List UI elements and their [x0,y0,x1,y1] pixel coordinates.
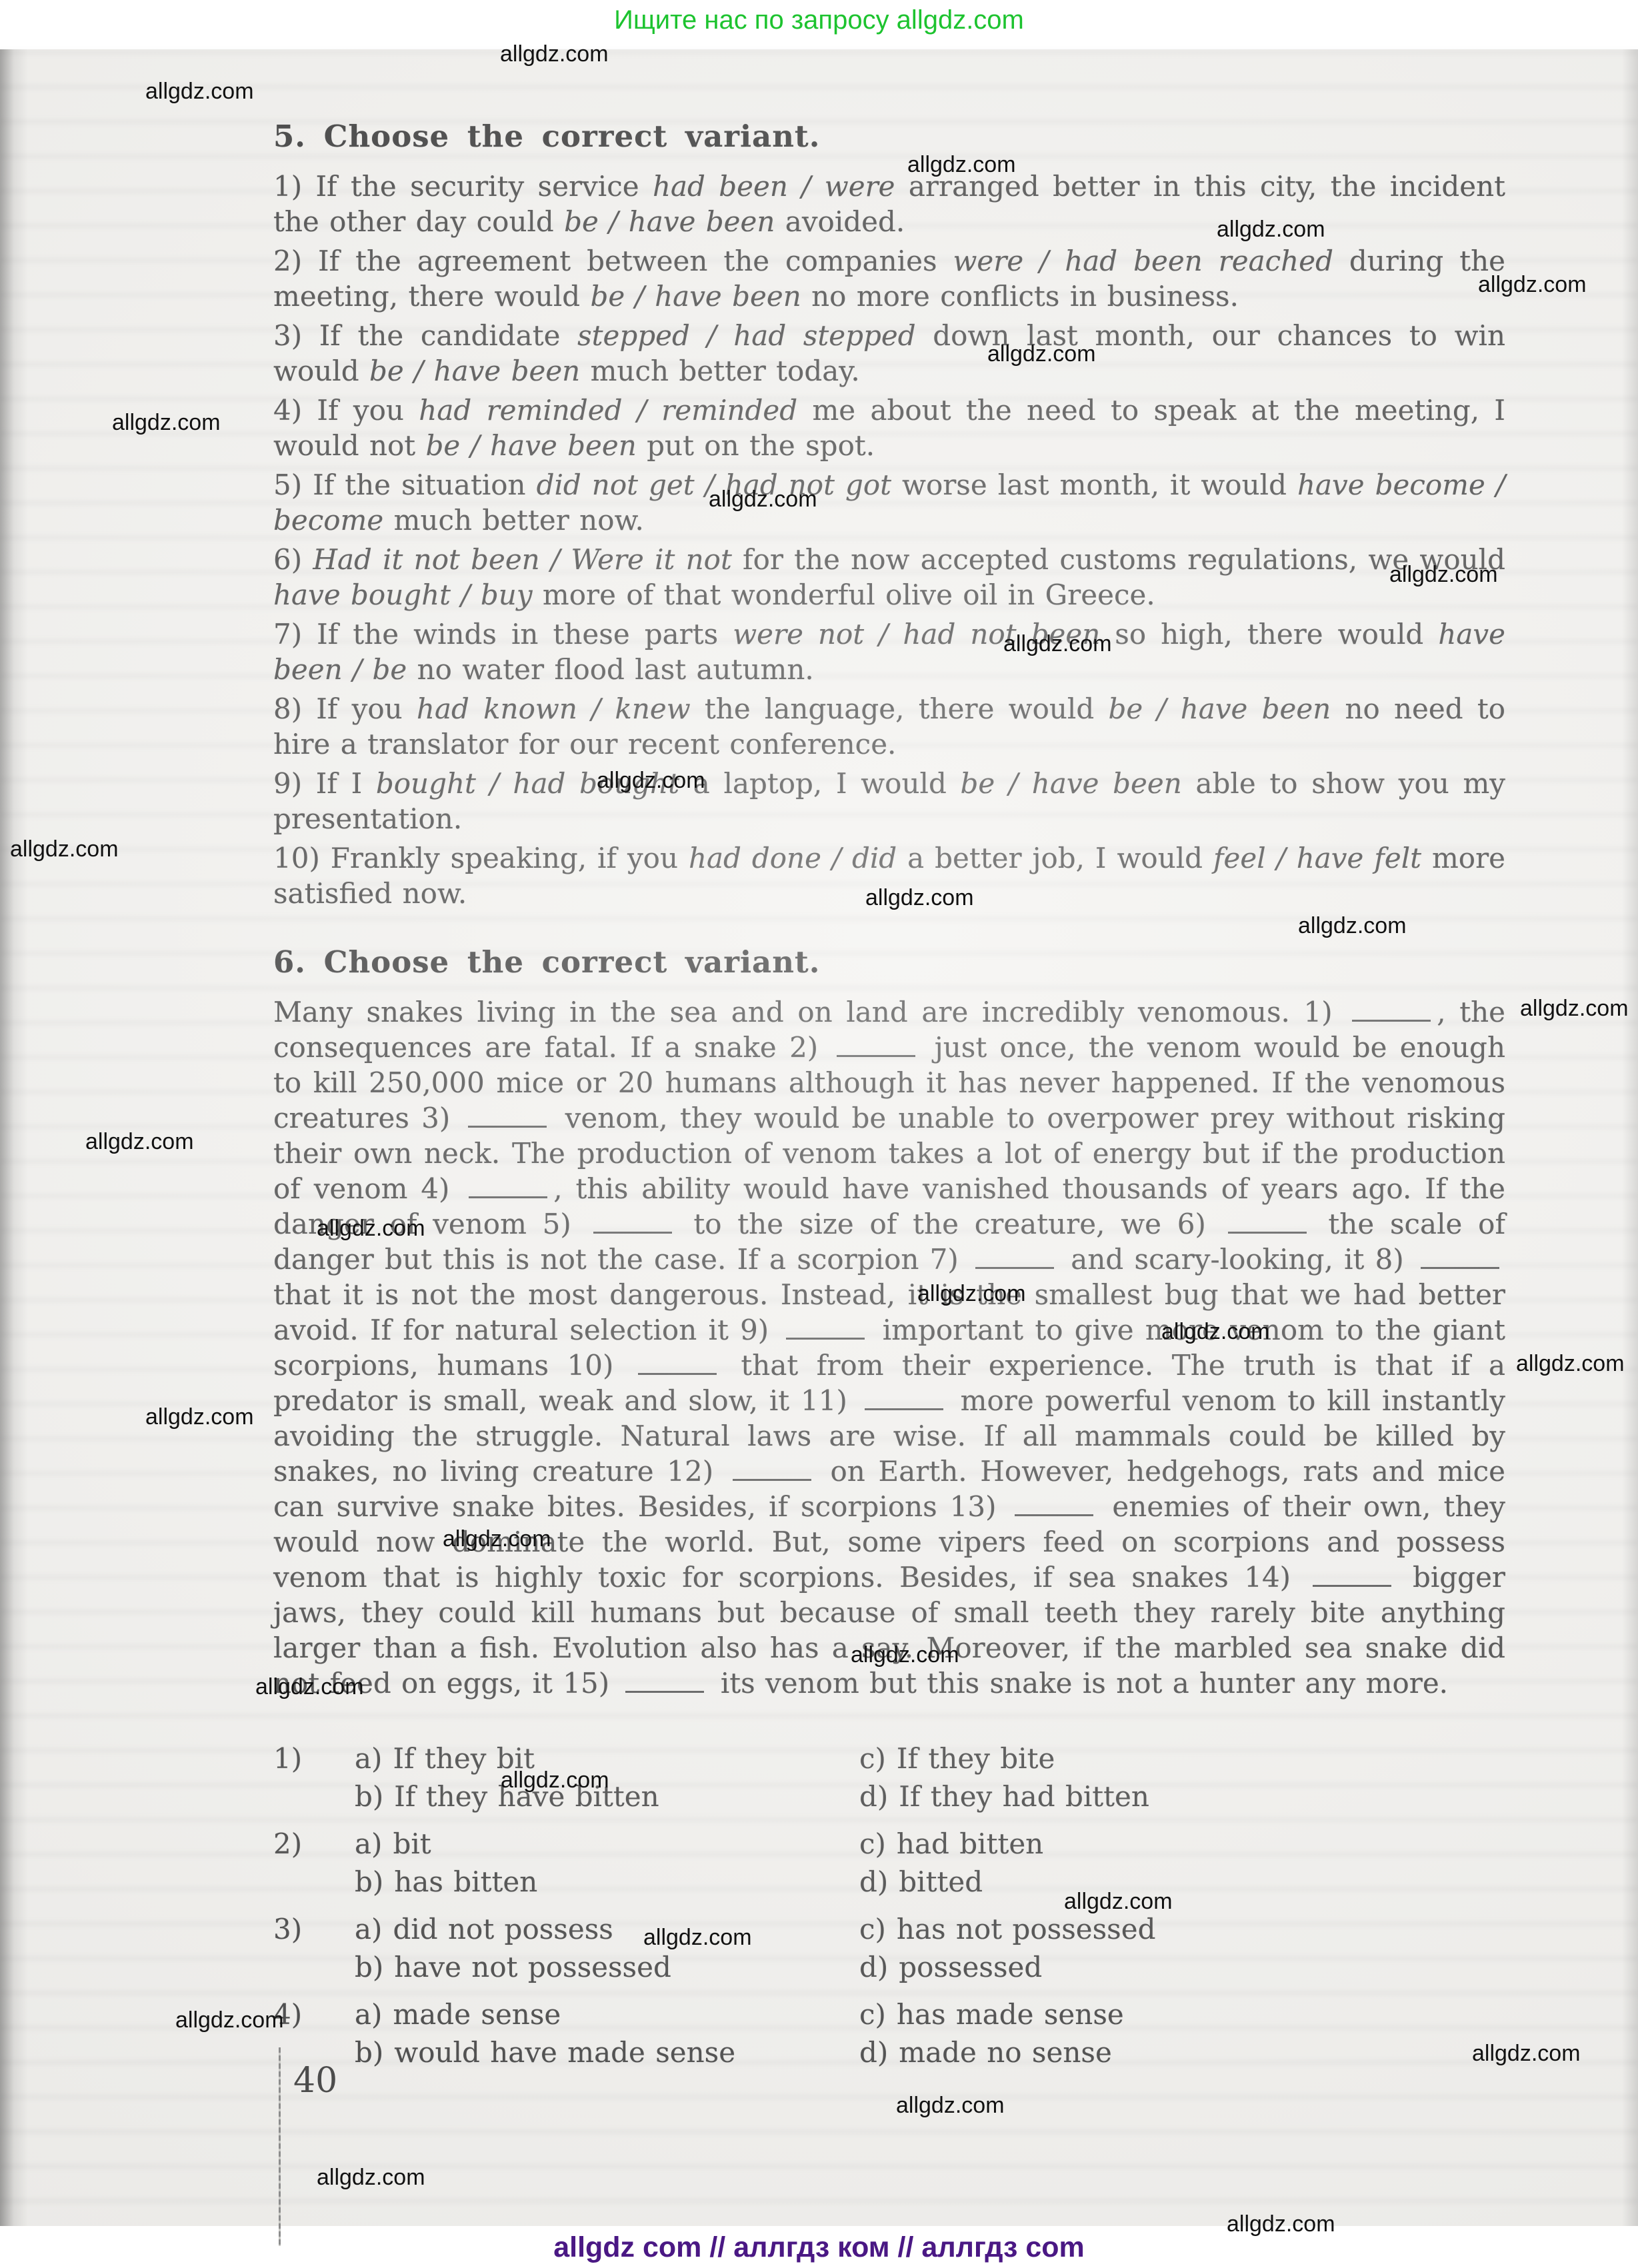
text-run: a better job, I would [897,842,1213,874]
option-text: made sense [393,1998,561,2031]
site-watermark: allgdz.com [1478,272,1587,298]
footer-watermark: allgdz com // аллгдз ком // аллгдз com [0,2231,1638,2264]
text-run: 4) If you [273,394,419,427]
option-number: 3) [273,1910,355,1986]
site-watermark: allgdz.com [317,1216,425,1242]
site-watermark: allgdz.com [709,487,817,513]
answer-blank [593,1225,672,1234]
text-run: its venom but this snake is not a hunter… [710,1667,1448,1700]
option-letter: a) [355,1739,382,1777]
text-run: 8) If you [273,692,417,725]
text-run: put on the spot. [637,429,875,462]
italic-choice: have bought / buy [273,578,533,611]
option-letter: d) [859,2033,888,2071]
exercise5-title: 5. Choose the correct variant. [273,119,1505,154]
site-watermark: allgdz.com [145,79,254,105]
option-choice: a)did not possess [355,1910,859,1948]
paper-scan: 5. Choose the correct variant. 1) If the… [0,49,1638,2226]
option-text: have not possessed [394,1951,671,1983]
option-letter: a) [355,1825,382,1863]
option-letter: b) [355,1777,383,1815]
site-watermark: allgdz.com [175,2007,284,2033]
text-run: 2) If the agreement between the companie… [273,245,953,277]
site-watermark: allgdz.com [1161,1319,1270,1345]
answer-blank [1228,1225,1307,1234]
exercise5-item: 4) If you had reminded / reminded me abo… [273,393,1505,463]
answer-blank [1352,1013,1431,1022]
exercise6-title: 6. Choose the correct variant. [273,944,1505,980]
text-run: much better now. [383,504,644,537]
option-letter: b) [355,1863,383,1901]
text-run: 6) [273,543,313,576]
italic-choice: had reminded / reminded [419,394,797,427]
option-text: did not possess [393,1913,613,1945]
option-choice: d)If they had bitten [859,1777,1505,1815]
italic-choice: had done / did [689,842,897,874]
option-text: If they had bitten [899,1780,1149,1813]
option-choice: d)possessed [859,1948,1505,1986]
site-watermark: allgdz.com [1298,913,1407,939]
option-column: a)made senseb)would have made sense [355,1995,859,2071]
text-run: avoided. [775,205,905,238]
option-text: bitted [899,1865,983,1898]
text-run: no more conflicts in business. [801,280,1239,313]
site-watermark: allgdz.com [1003,631,1112,657]
italic-choice: had known / knew [417,692,691,725]
answer-blank [638,1366,717,1375]
scan-left-shadow [0,49,28,2226]
option-choice: b)would have made sense [355,2033,859,2071]
site-watermark: allgdz.com [85,1129,194,1155]
text-run: 1) If the security service [273,170,653,203]
answer-blank [468,1119,547,1128]
site-watermark: allgdz.com [1516,1351,1625,1377]
text-run: 5) If the situation [273,469,537,501]
text-run: Many snakes living in the sea and on lan… [273,996,1346,1028]
option-column: a)did not possessb)have not possessed [355,1910,859,1986]
answer-blank [733,1472,811,1481]
site-watermark: allgdz.com [643,1925,752,1951]
italic-choice: be / have been [564,205,775,238]
option-choice: c)had bitten [859,1825,1505,1863]
option-column: c)has not possessedd)possessed [859,1910,1505,1986]
option-choice: c)If they bite [859,1739,1505,1777]
site-watermark: allgdz.com [10,836,119,862]
site-watermark: allgdz.com [1389,562,1498,588]
answer-blank [469,1190,547,1198]
site-watermark: allgdz.com [500,41,609,67]
option-choice: b)has bitten [355,1863,859,1901]
option-row: 3)a)did not possessb)have not possessedc… [273,1910,1505,1986]
option-number: 2) [273,1825,355,1901]
option-letter: c) [859,1910,886,1948]
italic-choice: be / have been [426,429,637,462]
option-choice: b)have not possessed [355,1948,859,1986]
option-letter: a) [355,1995,382,2033]
option-number: 1) [273,1739,355,1815]
answer-blank [975,1260,1054,1269]
text-run: more of that wonderful olive oil in Gree… [533,578,1155,611]
italic-choice: be / have been [591,280,801,313]
option-choice: a)made sense [355,1995,859,2033]
answer-blank [837,1048,915,1057]
option-row: 4)a)made senseb)would have made sensec)h… [273,1995,1505,2071]
option-column: a)bitb)has bitten [355,1825,859,1901]
promo-header: Ищите нас по запросу allgdz.com [0,5,1638,35]
italic-choice: Had it not been / Were it not [313,543,731,576]
site-watermark: allgdz.com [851,1642,959,1668]
page-content: 5. Choose the correct variant. 1) If the… [273,119,1505,2081]
text-run: 3) If the candidate [273,319,577,352]
option-text: has bitten [394,1865,537,1898]
option-letter: d) [859,1863,888,1901]
exercise5-item: 3) If the candidate stepped / had steppe… [273,318,1505,389]
text-run: and scary-looking, it 8) [1060,1243,1415,1276]
page-number: 40 [293,2061,337,2101]
text-run: no water flood last autumn. [407,653,814,686]
option-choice: c)has not possessed [859,1910,1505,1948]
option-letter: b) [355,1948,383,1986]
option-text: made no sense [899,2036,1112,2069]
answer-blank [786,1331,865,1340]
exercise5-item: 6) Had it not been / Were it not for the… [273,542,1505,612]
option-letter: c) [859,1825,886,1863]
option-row: 2)a)bitb)has bittenc)had bittend)bitted [273,1825,1505,1901]
site-watermark: allgdz.com [255,1674,364,1700]
exercise5-item: 7) If the winds in these parts were not … [273,616,1505,687]
option-text: has not possessed [897,1913,1156,1945]
site-watermark: allgdz.com [317,2165,425,2191]
italic-choice: stepped / had stepped [577,319,916,352]
answer-blank [1313,1578,1391,1587]
text-run: 9) If I [273,767,376,800]
option-letter: c) [859,1995,886,2033]
text-run: 7) If the winds in these parts [273,618,733,650]
option-choice: d)bitted [859,1863,1505,1901]
site-watermark: allgdz.com [907,152,1016,178]
answer-blank [625,1684,704,1693]
text-run: so high, there would [1100,618,1438,650]
exercise5-item: 2) If the agreement between the companie… [273,243,1505,314]
site-watermark: allgdz.com [443,1526,551,1552]
text-run: a laptop, I would [679,767,960,800]
site-watermark: allgdz.com [917,1281,1026,1307]
exercise6-options: 1)a)If they bitb)If they have bittenc)If… [273,1739,1505,2071]
option-letter: d) [859,1948,888,1986]
exercise6-paragraph: Many snakes living in the sea and on lan… [273,994,1505,1701]
site-watermark: allgdz.com [501,1767,609,1793]
site-watermark: allgdz.com [896,2093,1005,2119]
italic-choice: be / have been [369,355,580,387]
option-number: 4) [273,1995,355,2071]
exercise5-item: 8) If you had known / knew the language,… [273,691,1505,762]
text-run: to the size of the creature, we 6) [678,1208,1222,1240]
option-column: c)had bittend)bitted [859,1825,1505,1901]
site-watermark: allgdz.com [987,341,1096,367]
italic-choice: had been / were [653,170,895,203]
page-number-rule [279,2047,281,2246]
site-watermark: allgdz.com [597,768,705,794]
site-watermark: allgdz.com [865,885,974,911]
scan-right-shadow [1622,49,1638,2226]
italic-choice: feel / have felt [1213,842,1421,874]
site-watermark: allgdz.com [1520,996,1629,1022]
italic-choice: be / have been [961,767,1182,800]
option-column: c)If they bited)If they had bitten [859,1739,1505,1815]
option-choice: d)made no sense [859,2033,1505,2071]
text-run: much better today. [580,355,860,387]
option-text: possessed [899,1951,1042,1983]
site-watermark: allgdz.com [1472,2041,1581,2067]
exercise5-items: 1) If the security service had been / we… [273,169,1505,911]
text-run: worse last month, it would [891,469,1297,501]
option-text: would have made sense [394,2036,735,2069]
text-run: the language, there would [691,692,1109,725]
italic-choice: were / had been reached [953,245,1333,277]
option-choice: c)has made sense [859,1995,1505,2033]
option-text: bit [393,1827,431,1860]
italic-choice: be / have been [1108,692,1331,725]
site-watermark: allgdz.com [145,1404,254,1430]
option-letter: d) [859,1777,888,1815]
option-column: c)has made sensed)made no sense [859,1995,1505,2071]
option-text: If they bite [897,1742,1055,1775]
answer-blank [1421,1260,1499,1269]
option-text: has made sense [897,1998,1124,2031]
site-watermark: allgdz.com [112,410,221,436]
option-text: had bitten [897,1827,1043,1860]
site-watermark: allgdz.com [1217,217,1325,243]
answer-blank [865,1402,943,1410]
exercise5-item: 9) If I bought / had bought a laptop, I … [273,766,1505,836]
answer-blank [1015,1508,1093,1516]
option-choice: a)bit [355,1825,859,1863]
text-run: 10) Frankly speaking, if you [273,842,689,874]
option-letter: a) [355,1910,382,1948]
option-letter: c) [859,1739,886,1777]
site-watermark: allgdz.com [1064,1889,1173,1915]
scanned-workbook-page: Ищите нас по запросу allgdz.com 5. Choos… [0,0,1638,2268]
exercise5-item: 5) If the situation did not get / had no… [273,467,1505,538]
option-letter: b) [355,2033,383,2071]
option-row: 1)a)If they bitb)If they have bittenc)If… [273,1739,1505,1815]
